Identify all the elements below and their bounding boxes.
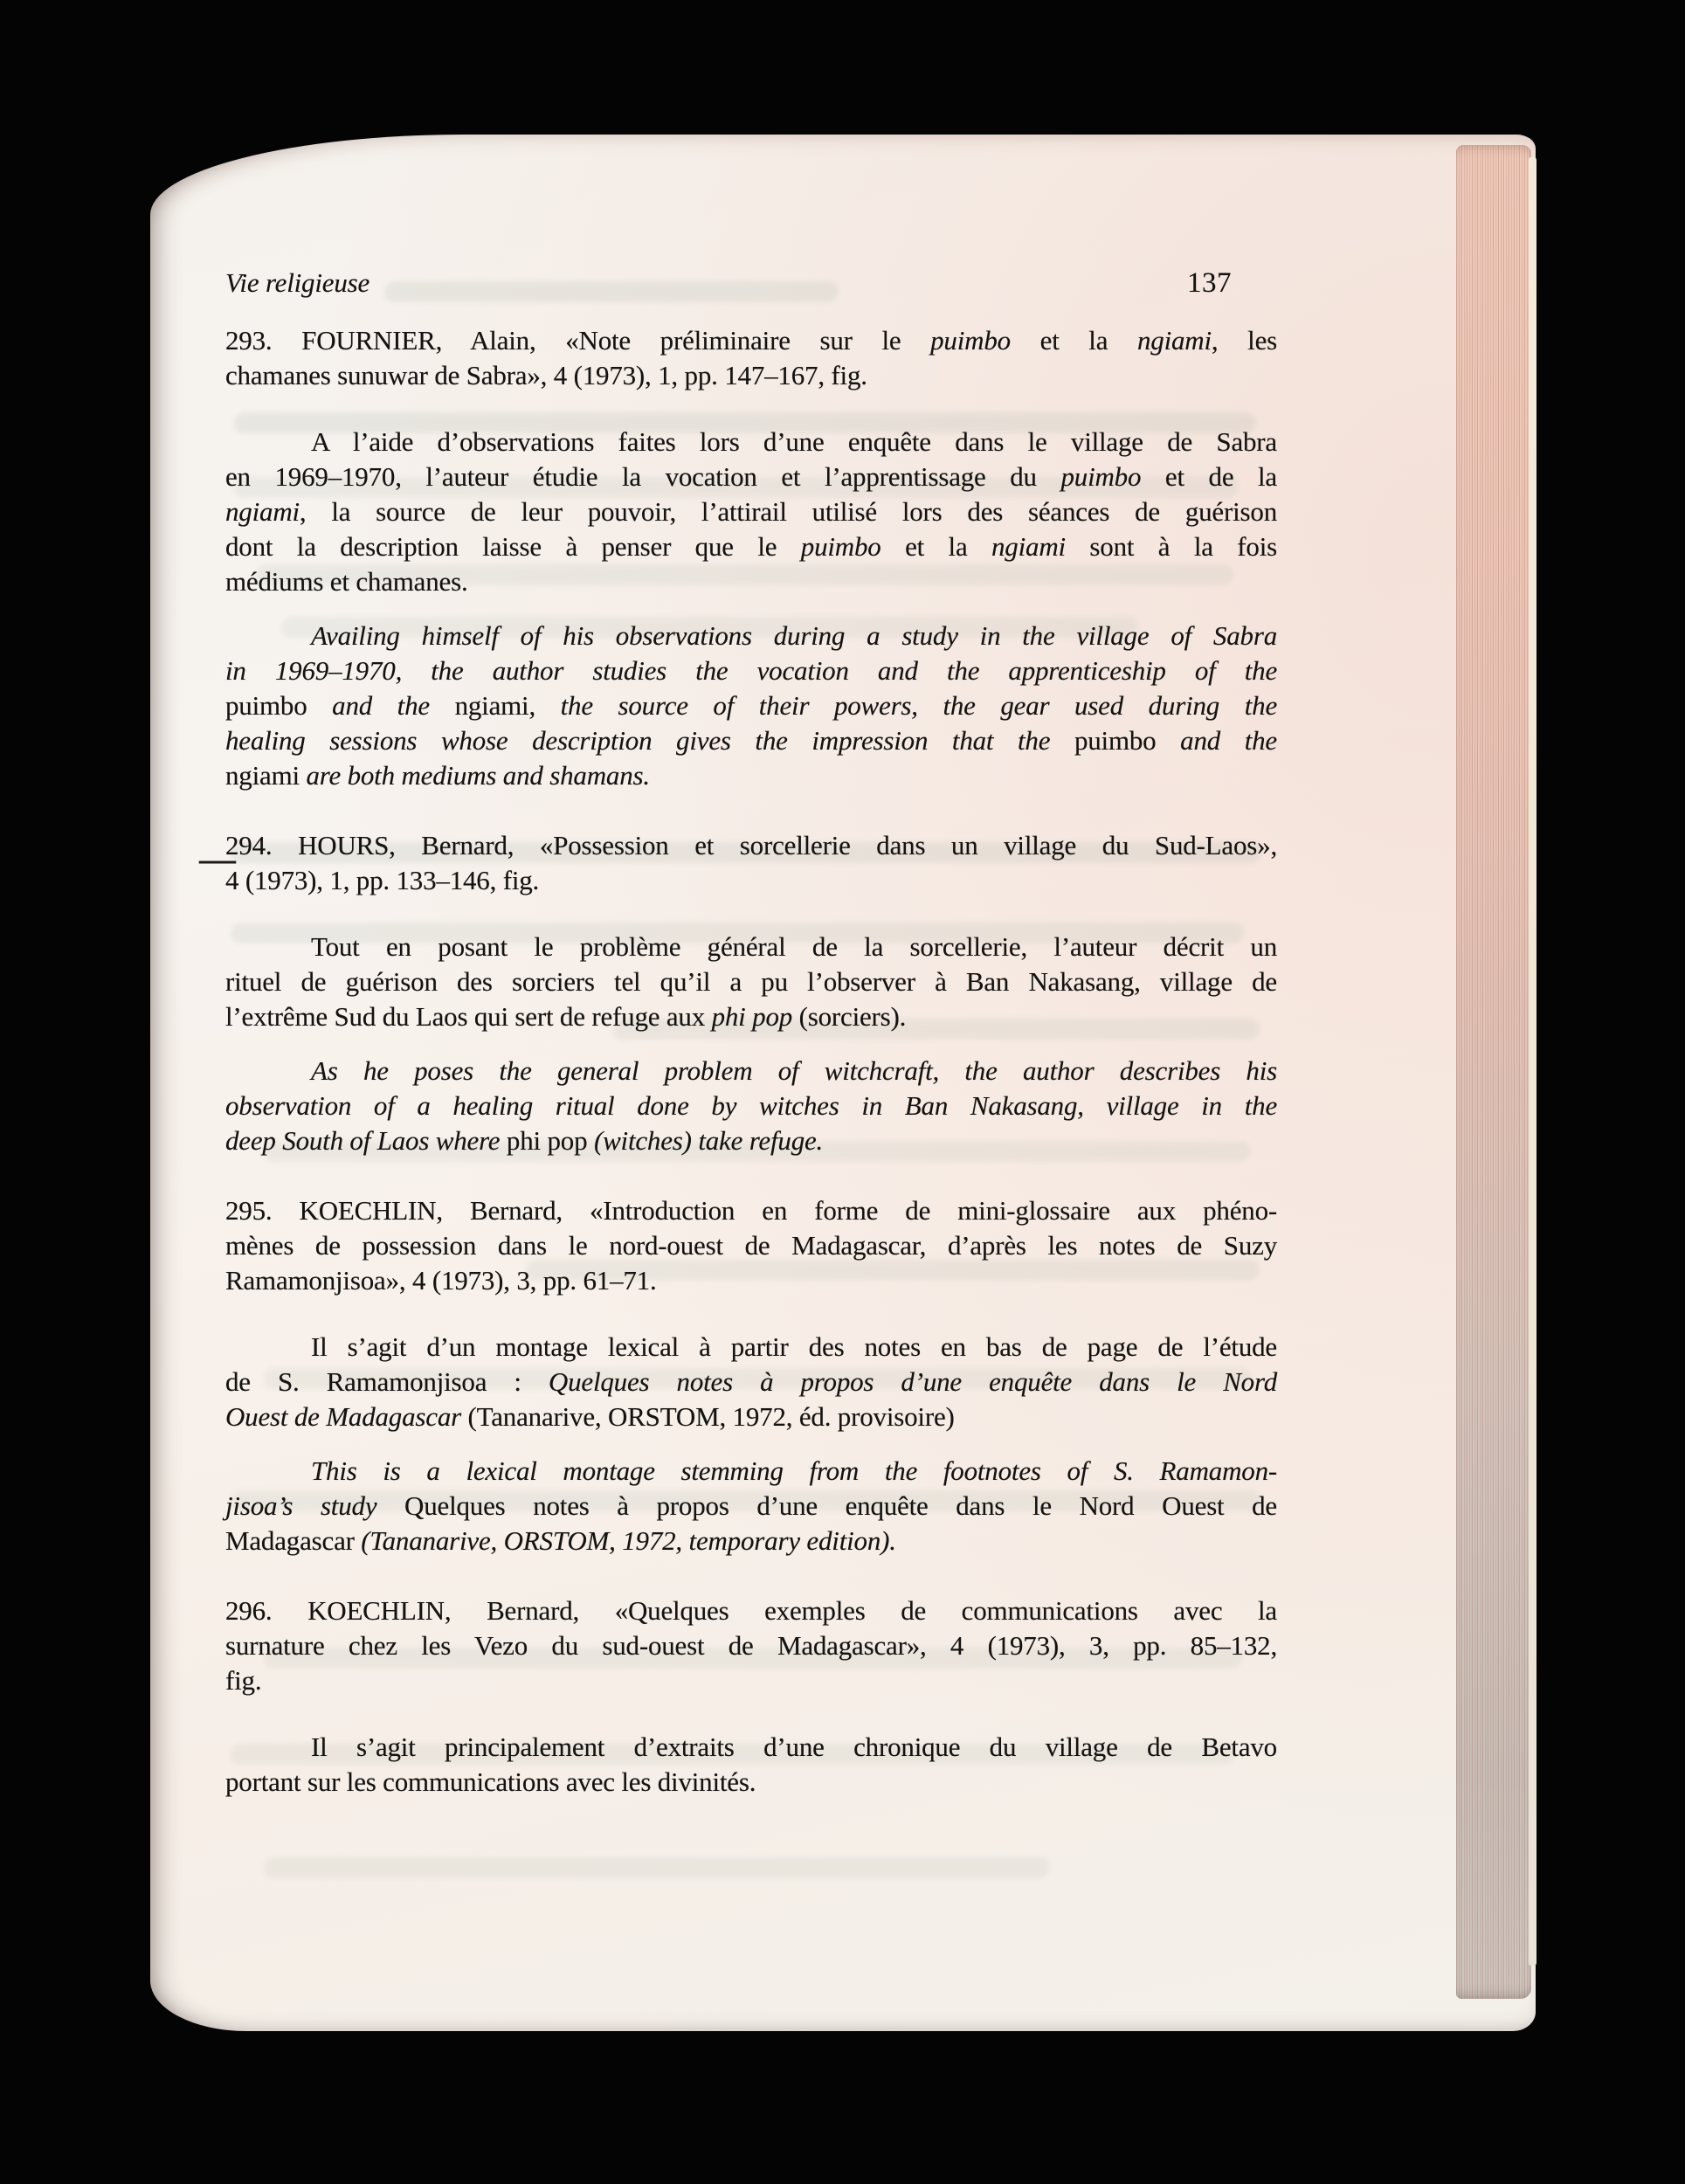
text-run: the source of their powers, the gear use… [535, 690, 1277, 721]
text-run: ngiami [225, 760, 300, 791]
text-line: médiums et chamanes. [225, 564, 1277, 599]
catalog-entry-295: 295. KOECHLIN, Bernard, «Introduction en… [225, 1193, 1277, 1559]
text-run: ngiami [991, 531, 1066, 562]
page-number: 137 [1187, 266, 1277, 301]
text-run: are both mediums and shamans. [300, 760, 650, 791]
text-run: en 1969–1970, l’auteur étudie la vocatio… [225, 461, 1060, 492]
text-line: observation of a healing ritual done by … [225, 1089, 1277, 1123]
text-line: en 1969–1970, l’auteur étudie la vocatio… [225, 460, 1277, 494]
text-line: Madagascar (Tananarive, ORSTOM, 1972, te… [225, 1524, 1277, 1559]
text-run: Il s’agit principalement d’extraits d’un… [311, 1731, 1277, 1762]
text-run: (witches) take refuge. [587, 1125, 823, 1156]
text-line: Ouest de Madagascar (Tananarive, ORSTOM,… [225, 1400, 1277, 1434]
entry-paragraph: Il s’agit principalement d’extraits d’un… [225, 1730, 1277, 1800]
book-page: — Vie religieuse 137 293. FOURNIER, Alai… [150, 135, 1536, 2031]
text-line: 295. KOECHLIN, Bernard, «Introduction en… [225, 1193, 1277, 1228]
text-line: 293. FOURNIER, Alain, «Note préliminaire… [225, 323, 1277, 358]
text-run: Tout en posant le problème général de la… [311, 931, 1277, 962]
text-line: healing sessions whose description gives… [225, 723, 1277, 758]
text-run: fig. [225, 1665, 261, 1696]
book-fore-edge-pages [1456, 145, 1531, 1999]
text-line: chamanes sunuwar de Sabra», 4 (1973), 1,… [225, 358, 1277, 393]
text-run: 296. KOECHLIN, Bernard, «Quelques exempl… [225, 1595, 1277, 1626]
text-run: phi pop [507, 1125, 587, 1156]
text-line: dont la description laisse à penser que … [225, 529, 1277, 564]
text-run: in 1969–1970, the author studies the voc… [225, 655, 1277, 686]
text-line: l’extrême Sud du Laos qui sert de refuge… [225, 999, 1277, 1034]
entry-paragraph: Il s’agit d’un montage lexical à partir … [225, 1330, 1277, 1434]
text-run: phi pop [712, 1001, 792, 1032]
entry-heading: 294. HOURS, Bernard, «Possession et sorc… [225, 828, 1277, 898]
text-run: 4 (1973), 1, pp. 133–146, fig. [225, 865, 539, 895]
text-line: 294. HOURS, Bernard, «Possession et sorc… [225, 828, 1277, 863]
text-run: , la source de leur pouvoir, l’attirail … [300, 496, 1277, 527]
text-line: Tout en posant le problème général de la… [225, 930, 1277, 964]
entry-heading: 296. KOECHLIN, Bernard, «Quelques exempl… [225, 1593, 1277, 1698]
text-run: rituel de guérison des sorciers tel qu’i… [225, 966, 1277, 997]
text-run: A l’aide d’observations faites lors d’un… [311, 426, 1277, 457]
text-line: 4 (1973), 1, pp. 133–146, fig. [225, 863, 1277, 898]
text-run: Ouest de Madagascar [225, 1401, 461, 1432]
text-run: de S. Ramamonjisoa : [225, 1366, 549, 1397]
entry-paragraph: Availing himself of his observations dur… [225, 619, 1277, 793]
catalog-entry-293: 293. FOURNIER, Alain, «Note préliminaire… [225, 323, 1277, 793]
text-run: dont la description laisse à penser que … [225, 531, 801, 562]
text-line: ngiami are both mediums and shamans. [225, 758, 1277, 793]
text-run: Ramamonjisoa», 4 (1973), 3, pp. 61–71. [225, 1265, 657, 1296]
text-run: (Tananarive, ORSTOM, 1972, éd. provisoir… [461, 1401, 955, 1432]
text-run: et la [1011, 325, 1137, 356]
entry-paragraph: A l’aide d’observations faites lors d’un… [225, 425, 1277, 599]
text-line: mènes de possession dans le nord-ouest d… [225, 1228, 1277, 1263]
text-line: portant sur les communications avec les … [225, 1765, 1277, 1800]
text-line: Il s’agit principalement d’extraits d’un… [225, 1730, 1277, 1765]
text-run: chamanes sunuwar de Sabra», 4 (1973), 1,… [225, 360, 867, 390]
text-run: sont à la fois [1066, 531, 1277, 562]
text-run: (Tananarive, ORSTOM, 1972, temporary edi… [355, 1525, 896, 1556]
text-run: puimbo [1074, 725, 1157, 756]
text-run: As he poses the general problem of witch… [311, 1055, 1277, 1086]
entries: 293. FOURNIER, Alain, «Note préliminaire… [225, 323, 1277, 1800]
entry-paragraph: This is a lexical montage stemming from … [225, 1454, 1277, 1559]
text-line: in 1969–1970, the author studies the voc… [225, 653, 1277, 688]
text-run: healing sessions whose description gives… [225, 725, 1074, 756]
text-run: l’extrême Sud du Laos qui sert de refuge… [225, 1001, 712, 1032]
text-run: 294. HOURS, Bernard, «Possession et sorc… [225, 830, 1277, 860]
entry-heading: 295. KOECHLIN, Bernard, «Introduction en… [225, 1193, 1277, 1298]
page-content: Vie religieuse 137 293. FOURNIER, Alain,… [225, 266, 1277, 1835]
text-line: Availing himself of his observations dur… [225, 619, 1277, 653]
text-line: rituel de guérison des sorciers tel qu’i… [225, 964, 1277, 999]
text-run: and the [1156, 725, 1277, 756]
text-line: deep South of Laos where phi pop (witche… [225, 1123, 1277, 1158]
text-run: portant sur les communications avec les … [225, 1766, 756, 1797]
text-line: A l’aide d’observations faites lors d’un… [225, 425, 1277, 460]
text-run: Il s’agit d’un montage lexical à partir … [311, 1331, 1277, 1362]
text-line: fig. [225, 1663, 1277, 1698]
text-run: Availing himself of his observations dur… [311, 620, 1277, 651]
catalog-entry-294: 294. HOURS, Bernard, «Possession et sorc… [225, 828, 1277, 1158]
entry-heading: 293. FOURNIER, Alain, «Note préliminaire… [225, 323, 1277, 393]
text-line: puimbo and the ngiami, the source of the… [225, 688, 1277, 723]
text-run: deep South of Laos where [225, 1125, 507, 1156]
text-run: et de la [1141, 461, 1277, 492]
text-run: Madagascar [225, 1525, 355, 1556]
text-run: surnature chez les Vezo du sud-ouest de … [225, 1630, 1277, 1661]
text-run: Quelques notes à propos d’une enquête da… [376, 1490, 1277, 1521]
text-line: ngiami, la source de leur pouvoir, l’att… [225, 494, 1277, 529]
text-run: This is a lexical montage stemming from … [311, 1455, 1277, 1486]
page-header: Vie religieuse 137 [225, 266, 1277, 301]
text-run: et la [881, 531, 991, 562]
text-run: mènes de possession dans le nord-ouest d… [225, 1230, 1277, 1261]
catalog-entry-296: 296. KOECHLIN, Bernard, «Quelques exempl… [225, 1593, 1277, 1800]
text-run: puimbo [801, 531, 881, 562]
text-line: Ramamonjisoa», 4 (1973), 3, pp. 61–71. [225, 1263, 1277, 1298]
text-run: , les [1212, 325, 1277, 356]
text-line: jisoa’s study Quelques notes à propos d’… [225, 1489, 1277, 1524]
text-run: and the [307, 690, 455, 721]
text-line: de S. Ramamonjisoa : Quelques notes à pr… [225, 1365, 1277, 1400]
text-line: This is a lexical montage stemming from … [225, 1454, 1277, 1489]
text-run: 293. FOURNIER, Alain, «Note préliminaire… [225, 325, 930, 356]
show-through-mark [263, 1857, 1051, 1878]
text-run: ngiami, [455, 690, 535, 721]
running-head-section-title: Vie religieuse [225, 266, 369, 301]
text-line: 296. KOECHLIN, Bernard, «Quelques exempl… [225, 1593, 1277, 1628]
text-run: Quelques notes à propos d’une enquête da… [549, 1366, 1277, 1397]
text-run: puimbo [1060, 461, 1141, 492]
entry-paragraph: Tout en posant le problème général de la… [225, 930, 1277, 1034]
text-run: puimbo [930, 325, 1011, 356]
text-run: (sorciers). [792, 1001, 906, 1032]
text-run: 295. KOECHLIN, Bernard, «Introduction en… [225, 1195, 1277, 1226]
book-fore-edge-highlight [1529, 157, 1537, 1966]
text-line: Il s’agit d’un montage lexical à partir … [225, 1330, 1277, 1365]
entry-paragraph: As he poses the general problem of witch… [225, 1054, 1277, 1158]
text-run: médiums et chamanes. [225, 566, 468, 597]
text-run: ngiami [225, 496, 300, 527]
text-line: As he poses the general problem of witch… [225, 1054, 1277, 1089]
text-run: ngiami [1137, 325, 1212, 356]
text-run: observation of a healing ritual done by … [225, 1090, 1277, 1121]
text-line: surnature chez les Vezo du sud-ouest de … [225, 1628, 1277, 1663]
text-run: puimbo [225, 690, 307, 721]
text-run: jisoa’s study [225, 1490, 376, 1521]
